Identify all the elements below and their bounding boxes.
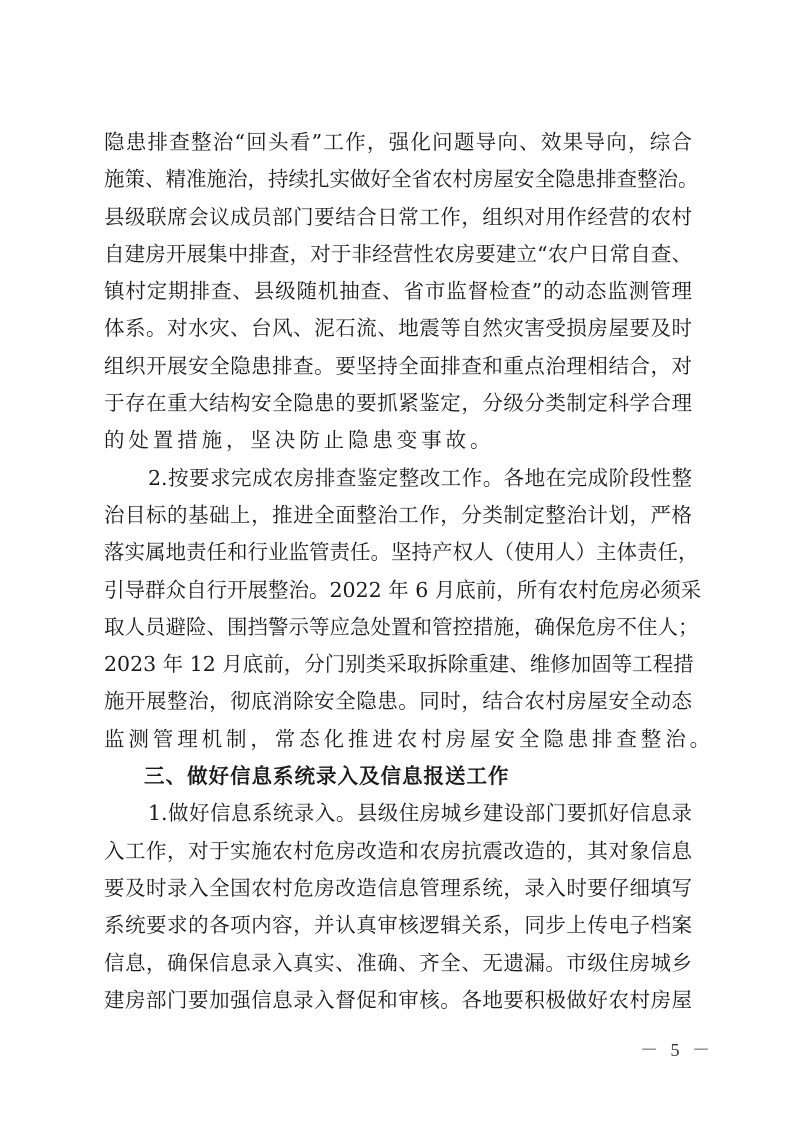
text-line: 监测管理机制，常态化推进农村房屋安全隐患排查整治。 <box>104 721 692 758</box>
text-line: 于存在重大结构安全隐患的要抓紧鉴定，分级分类制定科学合理 <box>104 385 692 422</box>
text-line: 信息，确保信息录入真实、准确、齐全、无遗漏。市级住房城乡 <box>104 945 692 982</box>
text-line: 治目标的基础上，推进全面整治工作，分类制定整治计划，严格 <box>104 497 692 534</box>
page-number: － 5 － <box>640 1036 714 1062</box>
text-line: 的处置措施，坚决防止隐患变事故。 <box>104 422 692 459</box>
document-page: 隐患排查整治“回头看”工作，强化问题导向、效果导向，综合 施策、精准施治，持续扎… <box>104 124 692 1019</box>
text-line: 镇村定期排查、县级随机抽查、省市监督检查”的动态监测管理 <box>104 273 692 310</box>
text-line: 要及时录入全国农村危房改造信息管理系统，录入时要仔细填写 <box>104 870 692 907</box>
text-line: 体系。对水灾、台风、泥石流、地震等自然灾害受损房屋要及时 <box>104 310 692 347</box>
text-line: 系统要求的各项内容，并认真审核逻辑关系，同步上传电子档案 <box>104 907 692 944</box>
paragraph-item-1: 1.做好信息系统录入。县级住房城乡建设部门要抓好信息录 入工作，对于实施农村危房… <box>104 795 692 1019</box>
text-line: 引导群众自行开展整治。2022 年 6 月底前，所有农村危房必须采 <box>104 572 692 609</box>
text-line: 2.按要求完成农房排查鉴定整改工作。各地在完成阶段性整 <box>104 460 692 497</box>
text-line: 2023 年 12 月底前，分门别类采取拆除重建、维修加固等工程措 <box>104 646 692 683</box>
text-line: 隐患排查整治“回头看”工作，强化问题导向、效果导向，综合 <box>104 124 692 161</box>
text-line: 施开展整治，彻底消除安全隐患。同时，结合农村房屋安全动态 <box>104 683 692 720</box>
text-line: 入工作，对于实施农村危房改造和农房抗震改造的，其对象信息 <box>104 833 692 870</box>
text-line: 落实属地责任和行业监管责任。坚持产权人（使用人）主体责任， <box>104 534 692 571</box>
text-line: 自建房开展集中排查，对于非经营性农房要建立“农户日常自查、 <box>104 236 692 273</box>
text-line: 取人员避险、围挡警示等应急处置和管控措施，确保危房不住人； <box>104 609 692 646</box>
text-line: 建房部门要加强信息录入督促和审核。各地要积极做好农村房屋 <box>104 982 692 1019</box>
paragraph-item-2: 2.按要求完成农房排查鉴定整改工作。各地在完成阶段性整 治目标的基础上，推进全面… <box>104 460 692 758</box>
text-line: 县级联席会议成员部门要结合日常工作，组织对用作经营的农村 <box>104 199 692 236</box>
text-line: 施策、精准施治，持续扎实做好全省农村房屋安全隐患排查整治。 <box>104 161 692 198</box>
paragraph-continued: 隐患排查整治“回头看”工作，强化问题导向、效果导向，综合 施策、精准施治，持续扎… <box>104 124 692 460</box>
text-line: 组织开展安全隐患排查。要坚持全面排查和重点治理相结合，对 <box>104 348 692 385</box>
text-line: 1.做好信息系统录入。县级住房城乡建设部门要抓好信息录 <box>104 795 692 832</box>
section-heading: 三、做好信息系统录入及信息报送工作 <box>104 758 692 795</box>
